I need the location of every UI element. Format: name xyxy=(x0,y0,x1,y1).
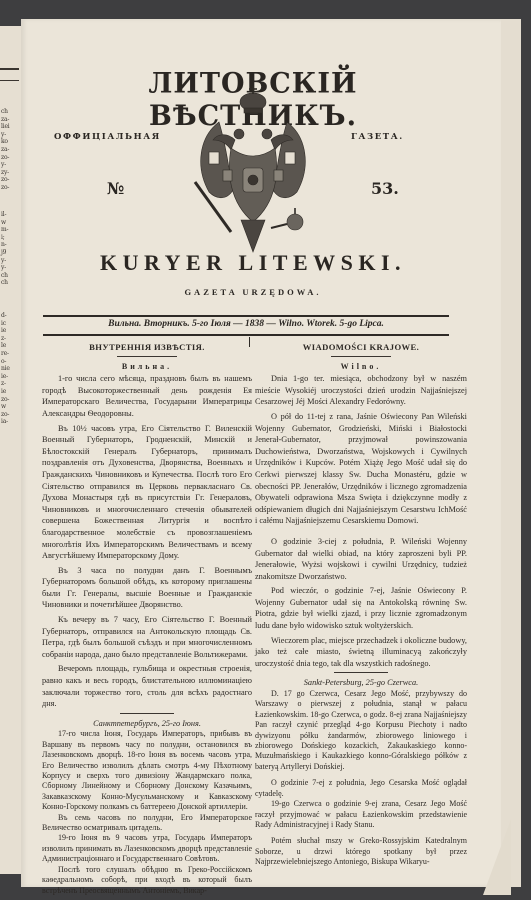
section-title: ВНУТРЕННІЯ ИЗВѢСТІЯ. xyxy=(42,342,252,354)
article-paragraph: Къ вечеру въ 7 часу, Его Сіятельство Г. … xyxy=(42,614,252,660)
header-rule-top xyxy=(43,315,449,317)
article-paragraph: 19-go Czerwca o godzinie 9-ej zrana, Ces… xyxy=(255,799,467,830)
article-separator xyxy=(334,672,388,673)
article-separator xyxy=(120,713,174,714)
issue-number-label: № xyxy=(107,179,124,198)
sub-dateline: Санктпетербургъ, 25-го Іюня. xyxy=(42,718,252,730)
subtitle-polish: GAZETA URZĘDOWA. xyxy=(45,287,461,297)
article-paragraph: Послѣ того слушалъ обѣдню въ Греко-Россі… xyxy=(42,865,252,896)
section-rule xyxy=(117,356,177,357)
article-paragraph: Pod wieczór, o godzinie 7-ej, Jaśnie Ośw… xyxy=(255,585,467,631)
section-title: WIADOMOŚCI KRAJOWE. xyxy=(255,342,467,354)
article-paragraph: D. 17 go Czerwca, Cesarz Jego Mość, przy… xyxy=(255,689,467,772)
article-paragraph: Въ семь часовъ по полудни, Его Император… xyxy=(42,813,252,834)
previous-page-rule xyxy=(0,68,19,70)
subtitle-official: ОФФИЦІАЛЬНАЯ xyxy=(54,132,161,142)
column-russian: ВНУТРЕННІЯ ИЗВѢСТІЯ. Вильна. 1-го числа … xyxy=(42,342,252,896)
issue-number: 53. xyxy=(371,179,399,198)
column-polish: WIADOMOŚCI KRAJOWE. Wilno. Dnia 1-go ter… xyxy=(255,342,467,868)
page-fold-shadow xyxy=(501,19,521,887)
article-paragraph: O godzinie 7-ej z południa, Jego Cesarsk… xyxy=(255,778,467,799)
sub-dateline: Sankt-Petersburg, 25-go Czerwca. xyxy=(255,677,467,689)
previous-page-rule xyxy=(0,80,19,81)
article-paragraph: Potém słuchał mszy w Greko-Rossyjskim Ka… xyxy=(255,836,467,867)
newspaper-page: ЛИТОВСКІЙ ВѢСТНИКЪ. ОФФИЦІАЛЬНАЯ ГАЗЕТА.… xyxy=(21,19,501,887)
dateline: Вильна. Вторникъ. 5-го Іюля — 1838 — Wil… xyxy=(43,319,449,329)
header-rule-bottom xyxy=(43,334,449,336)
previous-page-text: ch za- liei y- ko za- zo- y- zy- zo- zo- xyxy=(1,108,10,192)
previous-page-edge: ch za- liei y- ko za- zo- y- zy- zo- zo-… xyxy=(0,26,22,874)
place-heading: Wilno. xyxy=(255,361,467,373)
article-paragraph: 1-го числа сего мѣсяца, праздновъ былъ в… xyxy=(42,373,252,419)
section-rule xyxy=(331,356,391,357)
article-paragraph: Въ 10½ часовъ утра, Его Сіятельство Г. В… xyxy=(42,423,252,562)
article-paragraph: Dnia 1-go ter. miesiąca, obchodzony był … xyxy=(255,373,467,408)
masthead-polish: KURYER LITEWSKI. xyxy=(45,250,461,276)
previous-page-text: d- ic ie z- le re- o- nie ie- z- ie zo- … xyxy=(1,312,10,426)
article-paragraph: Вечеромъ площадь, гульбища и окрестныя с… xyxy=(42,663,252,709)
folded-corner xyxy=(483,819,511,895)
subtitle-gazette: ГАЗЕТА. xyxy=(351,132,404,142)
previous-page-text: il- w m- i; n- j9 y- y- ch ch xyxy=(1,211,8,287)
article-paragraph: 19-го Іюня въ 9 часовъ утра, Государь Им… xyxy=(42,833,252,864)
article-paragraph: O pół do 11-tej z rana, Jaśnie Oświecony… xyxy=(255,411,467,527)
double-headed-eagle-icon xyxy=(187,82,317,258)
article-paragraph: O godzinie 3-ciej z południa, P. Wileńsk… xyxy=(255,536,467,582)
place-heading: Вильна. xyxy=(42,361,252,373)
article-paragraph: 17-го числа Іюня, Государь Императоръ, п… xyxy=(42,729,252,812)
article-paragraph: Wieczorem plac, miejsce przechadzek i ok… xyxy=(255,635,467,670)
article-paragraph: Въ 3 часа по полудни данъ Г. Военнымъ Гу… xyxy=(42,565,252,611)
